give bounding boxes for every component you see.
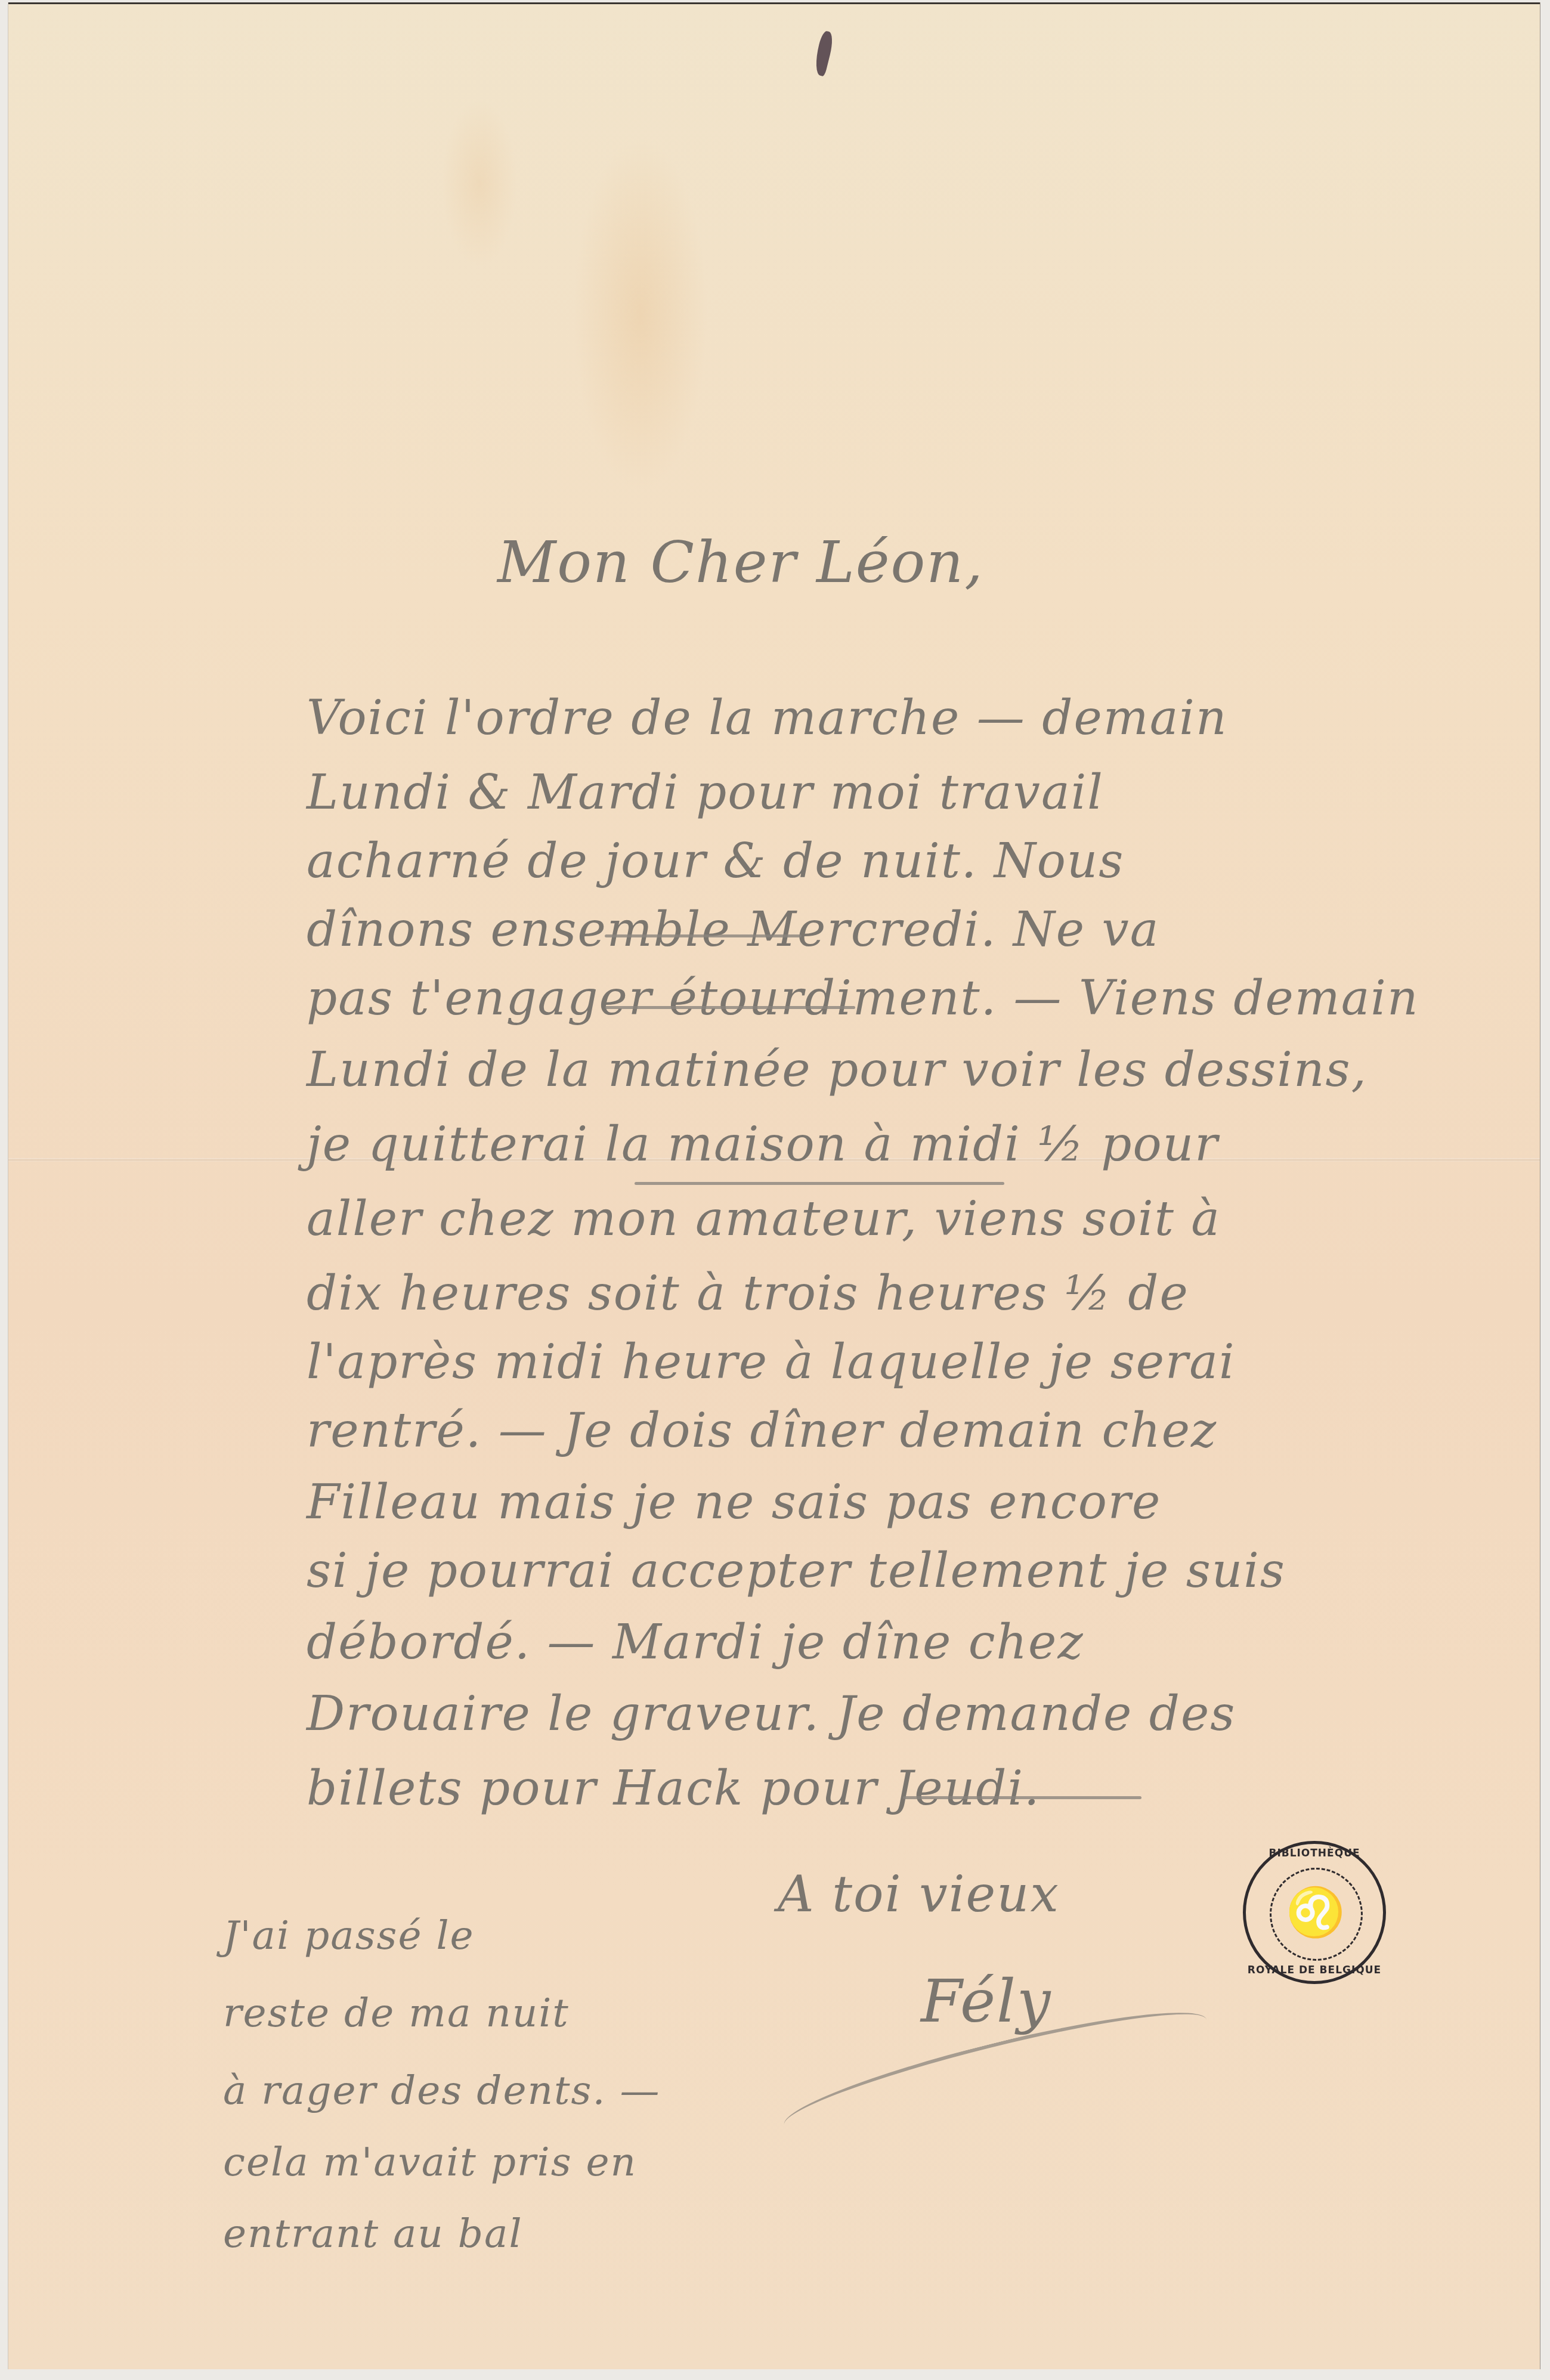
body-line-1: Voici l'ordre de la marche — demain [307, 690, 1227, 745]
body-line-2: Lundi & Mardi pour moi travail [307, 765, 1104, 820]
body-line-3: acharné de jour & de nuit. Nous [307, 833, 1124, 889]
body-line-8: aller chez mon amateur, viens soit à [307, 1191, 1221, 1246]
body-line-4: dînons ensemble Mercredi. Ne va [307, 902, 1159, 957]
body-line-11: rentré. — Je dois dîner demain chez [307, 1403, 1217, 1458]
body-line-13: si je pourrai accepter tellement je suis [307, 1543, 1286, 1598]
body-line-16: billets pour Hack pour Jeudi. [307, 1760, 1040, 1816]
ink-blot [812, 30, 835, 76]
underline-midi [635, 1182, 1004, 1185]
letter-greeting: Mon Cher Léon, [497, 529, 984, 596]
postscript-line-5: entrant au bal [223, 2211, 523, 2257]
stamp-text-top: BIBLIOTHÈQUE [1246, 1847, 1383, 1859]
body-line-15: Drouaire le graveur. Je demande des [307, 1686, 1236, 1741]
postscript-line-2: reste de ma nuit [223, 1990, 570, 2036]
underline-etourdiment [605, 1006, 855, 1009]
postscript-line-3: à rager des dents. — [223, 2068, 660, 2113]
body-line-14: débordé. — Mardi je dîne chez [307, 1614, 1084, 1670]
body-line-7: je quitterai la maison à midi ½ pour [307, 1116, 1218, 1172]
postscript-line-1: J'ai passé le [223, 1912, 475, 1958]
body-line-10: l'après midi heure à laquelle je serai [307, 1334, 1236, 1389]
underline-jeudi [903, 1796, 1141, 1799]
body-line-12: Filleau mais je ne sais pas encore [307, 1474, 1161, 1530]
letter-signature: Fély [921, 1966, 1052, 2036]
body-line-5: pas t'engager étourdiment. — Viens demai… [307, 970, 1419, 1026]
lion-icon: ♌ [1283, 1877, 1348, 1948]
body-line-9: dix heures soit à trois heures ½ de [307, 1265, 1189, 1321]
stamp-text-bottom: ROYALE DE BELGIQUE [1246, 1964, 1383, 1976]
postscript-line-4: cela m'avait pris en [223, 2139, 637, 2185]
underline-mercredi [605, 934, 802, 937]
letter-page: Mon Cher Léon, Voici l'ordre de la march… [8, 2, 1540, 2369]
library-stamp: BIBLIOTHÈQUE ♌ ROYALE DE BELGIQUE [1243, 1841, 1386, 1984]
letter-closing: A toi vieux [778, 1865, 1060, 1923]
body-line-6: Lundi de la matinée pour voir les dessin… [307, 1042, 1368, 1097]
